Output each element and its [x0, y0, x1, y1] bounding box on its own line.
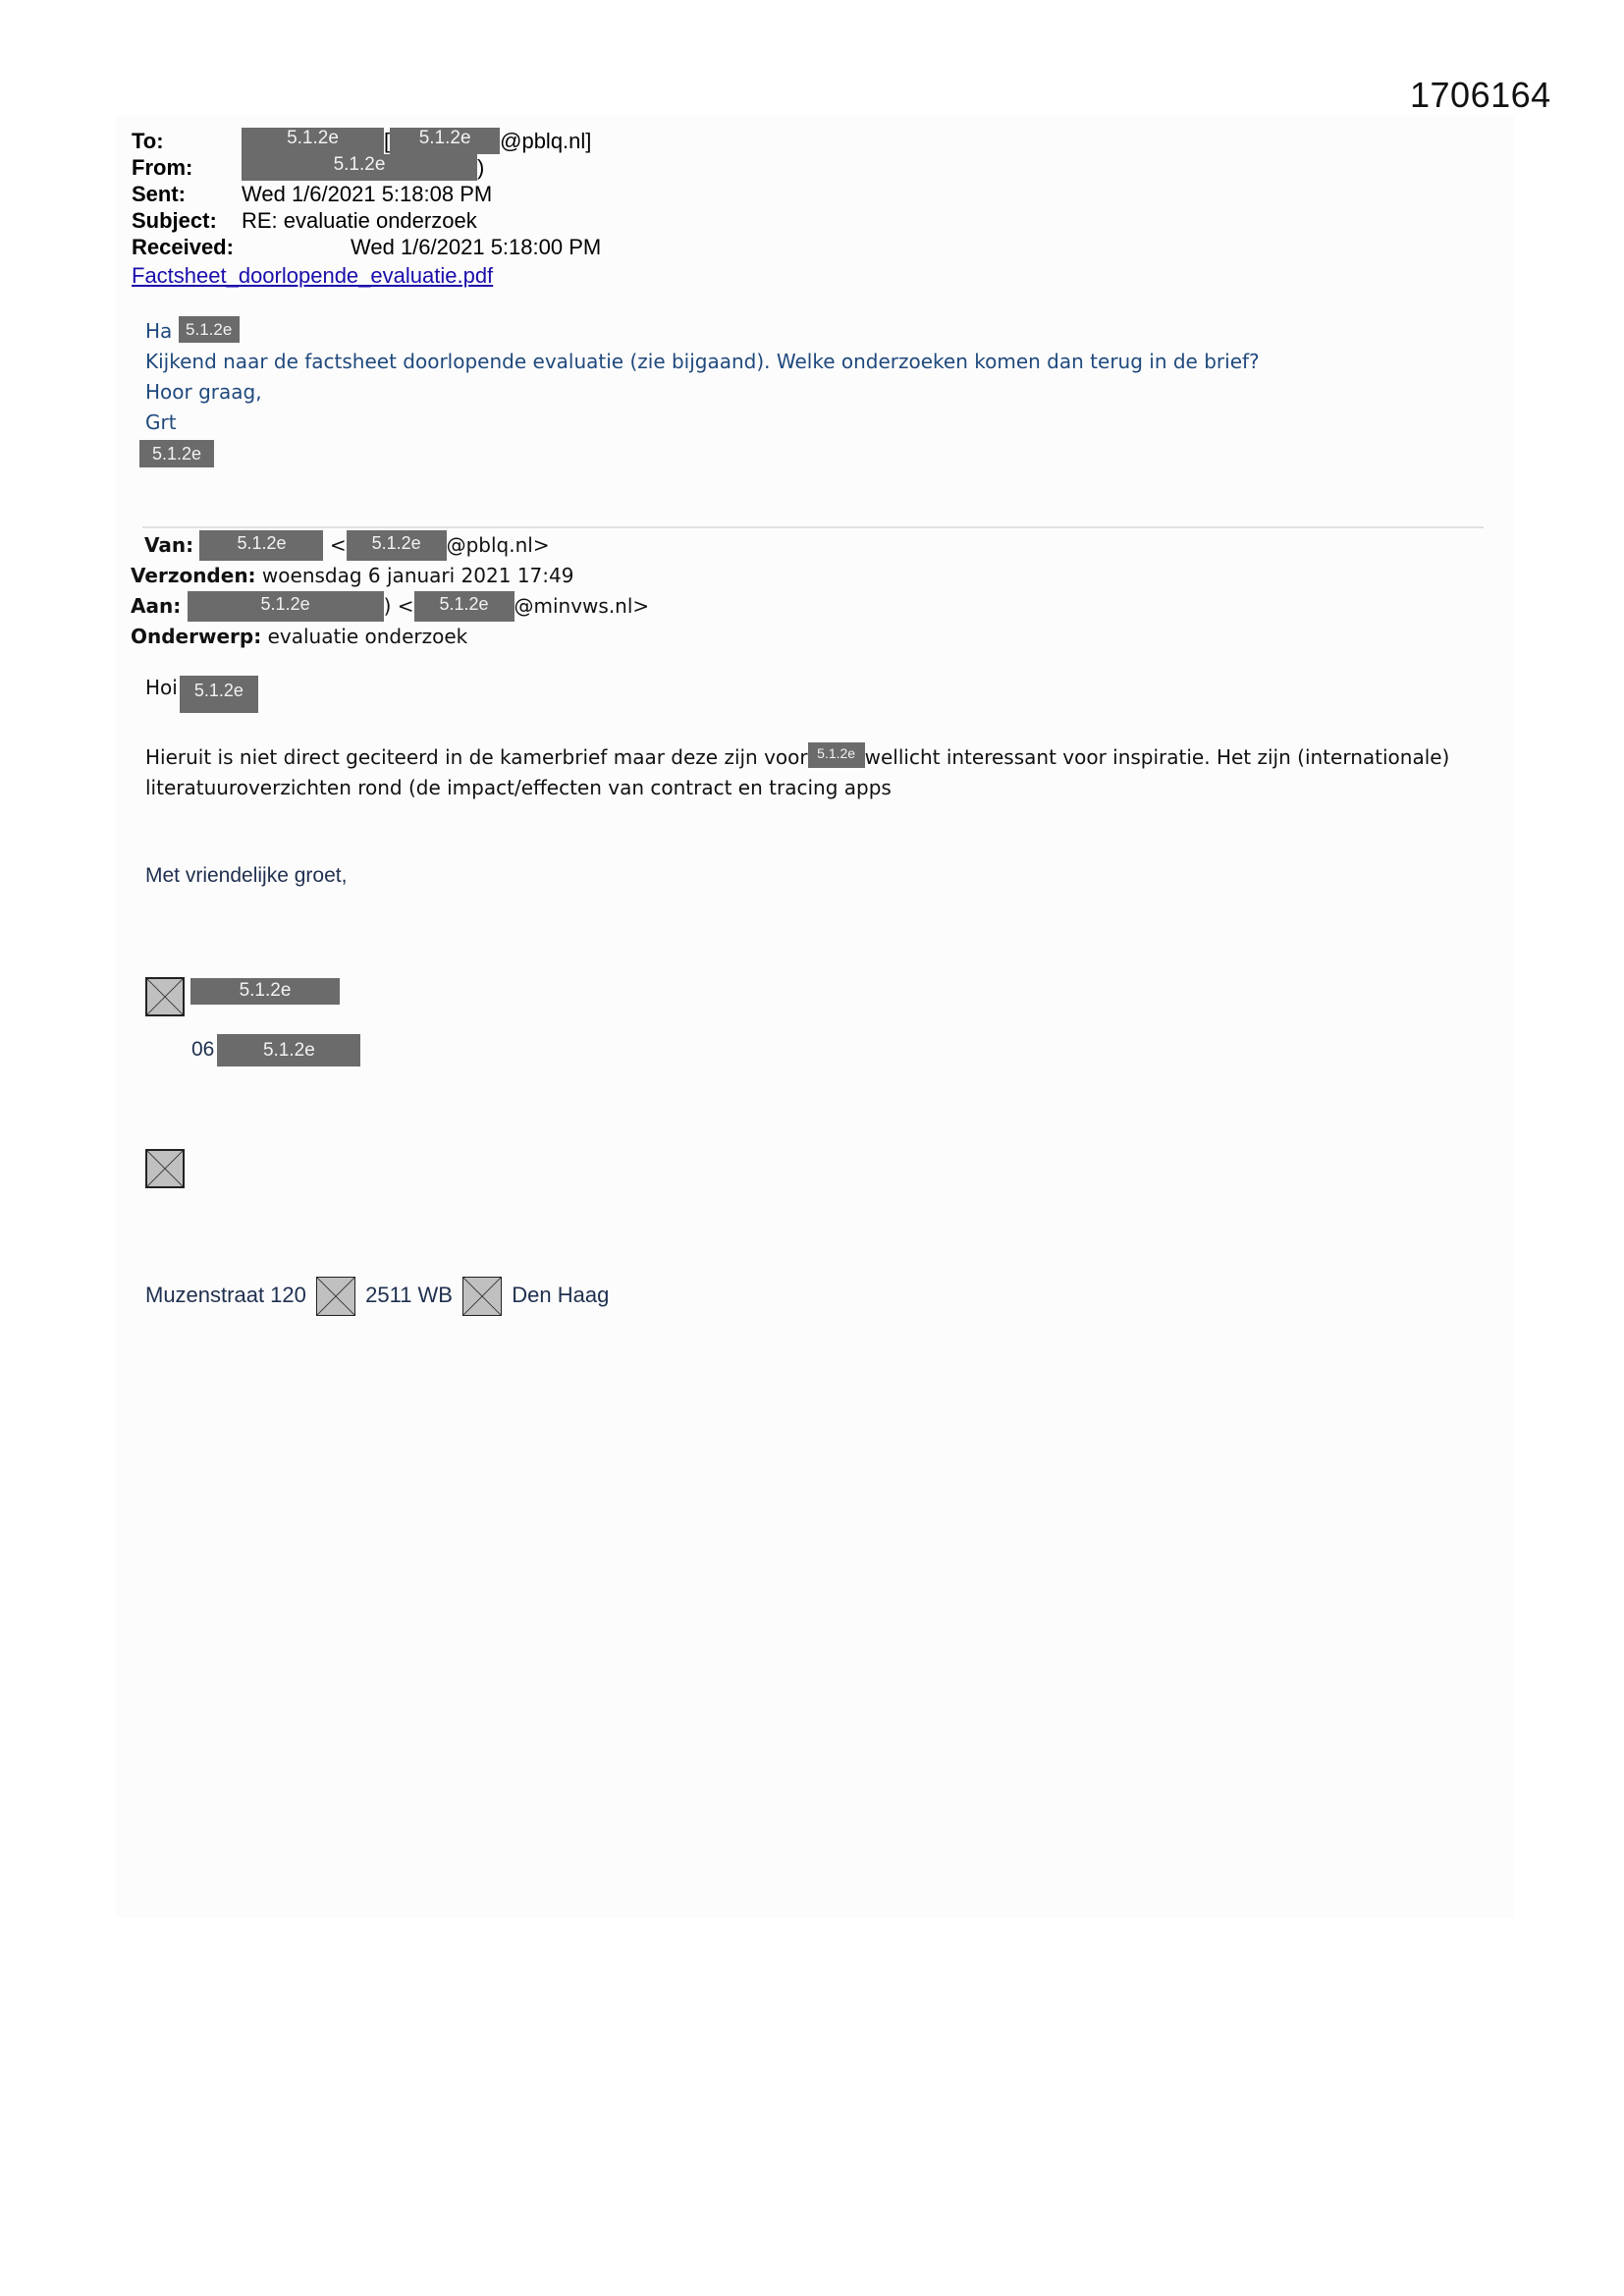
redaction-box: 5.1.2e [242, 154, 477, 181]
redaction-box: 5.1.2e [347, 530, 447, 561]
redaction-box: 5.1.2e [190, 978, 340, 1005]
subject-label: Subject: [132, 207, 217, 234]
redaction-box: 5.1.2e [242, 128, 384, 154]
signature-name-row: 5.1.2e [145, 977, 185, 1016]
missing-image-icon [145, 1149, 185, 1188]
onderwerp-label: Onderwerp: [131, 625, 261, 648]
van-lt: < [330, 533, 347, 557]
aan-suffix: @minvws.nl> [514, 594, 650, 618]
sent-label: Sent: [132, 181, 186, 207]
from-label: From: [132, 154, 192, 181]
verzonden-label: Verzonden: [131, 564, 256, 587]
address-zip: 2511 WB [365, 1283, 453, 1307]
redaction-box: 5.1.2e [390, 128, 500, 154]
quoted-greeting-line: Hoi5.1.2e [145, 676, 258, 713]
quoted-para-line-1: Hieruit is niet direct geciteerd in de k… [145, 742, 1449, 773]
missing-image-icon [316, 1277, 355, 1316]
signature-phone-row: 065.1.2e [191, 1034, 360, 1066]
reply-line-2: Hoor graag, [145, 377, 1260, 408]
redaction-box: 5.1.2e [188, 591, 384, 622]
reply-signature: 5.1.2e [139, 440, 1260, 470]
reply-body-text: Kijkend naar de factsheet doorlopende ev… [145, 347, 1260, 377]
quoted-para-line-2: literatuuroverzichten rond (de impact/ef… [145, 773, 1449, 803]
phone-prefix: 06 [191, 1038, 214, 1061]
quoted-para-part-1: Hieruit is niet direct geciteerd in de k… [145, 745, 808, 769]
address-street: Muzenstraat 120 [145, 1283, 306, 1307]
received-value: Wed 1/6/2021 5:18:00 PM [351, 234, 601, 260]
van-row: Van: 5.1.2e <5.1.2e@pblq.nl> [131, 530, 649, 561]
reply-greeting: Ha [145, 319, 172, 343]
aan-mid: ) < [384, 594, 414, 618]
to-label: To: [132, 128, 164, 154]
quoted-header: Van: 5.1.2e <5.1.2e@pblq.nl> Verzonden: … [131, 530, 649, 652]
message-divider [142, 526, 1484, 528]
quoted-para-part-2: wellicht interessant voor inspiratie. He… [865, 745, 1450, 769]
redaction-box: 5.1.2e [217, 1034, 360, 1066]
van-label: Van: [144, 533, 193, 557]
missing-image-icon [145, 977, 185, 1016]
verzonden-value: woensdag 6 januari 2021 17:49 [262, 564, 574, 587]
missing-image-icon [462, 1277, 502, 1316]
to-value: 5.1.2e[5.1.2e@pblq.nl] [242, 128, 591, 154]
redaction-box: 5.1.2e [139, 440, 214, 467]
aan-row: Aan: 5.1.2e) <5.1.2e@minvws.nl> [131, 591, 649, 622]
signature-logo-row [145, 1149, 185, 1188]
signature-address: Muzenstraat 120 2511 WB Den Haag [145, 1277, 609, 1316]
sent-value: Wed 1/6/2021 5:18:08 PM [242, 181, 492, 207]
redaction-box: 5.1.2e [808, 742, 865, 768]
reply-greeting-line: Ha 5.1.2e [145, 316, 1260, 347]
van-suffix: @pblq.nl> [447, 533, 550, 557]
quoted-paragraph: Hieruit is niet direct geciteerd in de k… [145, 742, 1449, 803]
from-suffix: ) [477, 155, 484, 180]
reply-body: Ha 5.1.2e Kijkend naar de factsheet door… [145, 316, 1260, 470]
reply-line-3: Grt [145, 408, 1260, 438]
aan-label: Aan: [131, 594, 181, 618]
redaction-box: 5.1.2e [414, 591, 514, 622]
attachment-link[interactable]: Factsheet_doorlopende_evaluatie.pdf [132, 263, 493, 289]
document-id: 1706164 [1410, 75, 1551, 116]
onderwerp-row: Onderwerp: evaluatie onderzoek [131, 622, 649, 652]
from-value: 5.1.2e) [242, 154, 484, 181]
received-label: Received: [132, 234, 234, 260]
address-city: Den Haag [512, 1283, 609, 1307]
subject-value: RE: evaluatie onderzoek [242, 207, 477, 234]
verzonden-row: Verzonden: woensdag 6 januari 2021 17:49 [131, 561, 649, 591]
redaction-box: 5.1.2e [179, 316, 240, 343]
redaction-box: 5.1.2e [199, 530, 323, 561]
closing-text: Met vriendelijke groet, [145, 864, 347, 888]
redaction-box: 5.1.2e [180, 676, 258, 713]
onderwerp-value: evaluatie onderzoek [268, 625, 468, 648]
to-suffix: @pblq.nl] [500, 129, 591, 153]
quoted-greeting: Hoi [145, 676, 178, 699]
